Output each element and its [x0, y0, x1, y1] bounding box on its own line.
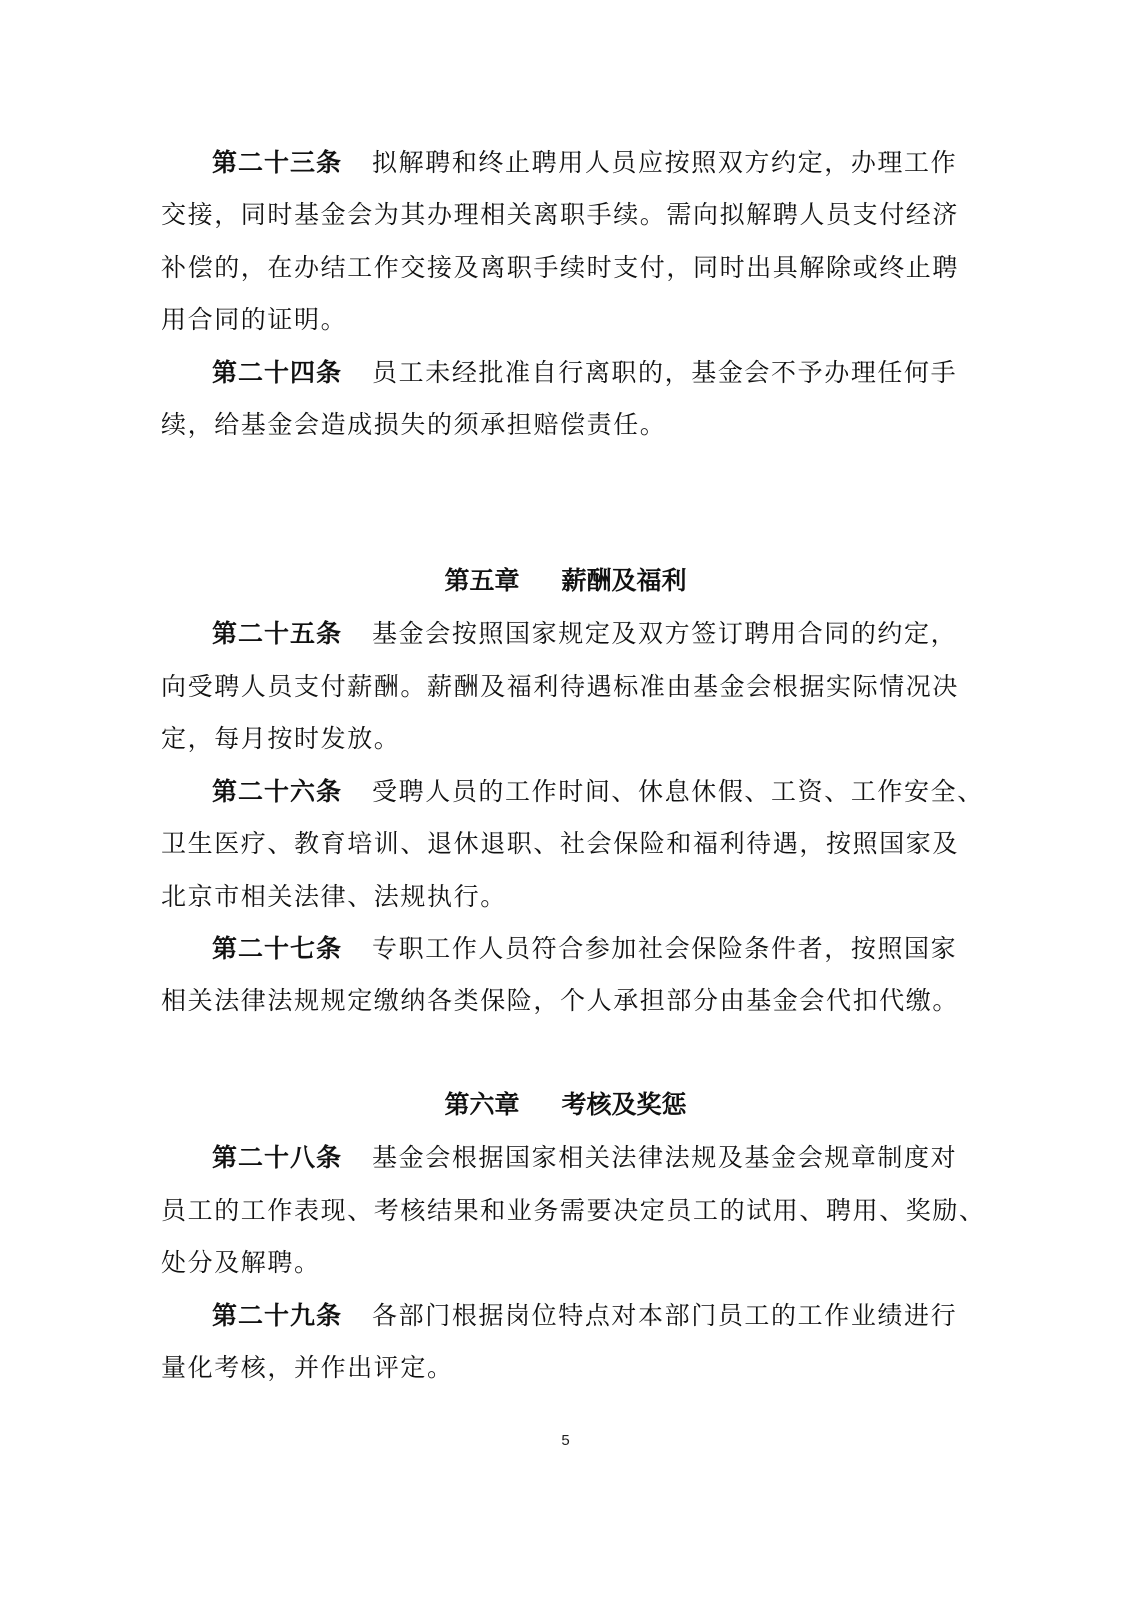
chapter-title: 薪酬及福利: [562, 566, 687, 595]
article-26-line-3: 北京市相关法律、法规执行。: [161, 882, 943, 912]
article-27-line-2: 相关法律法规规定缴纳各类保险，个人承担部分由基金会代扣代缴。: [161, 986, 943, 1016]
page-number: 5: [0, 1432, 1131, 1449]
article-label: 第二十五条: [212, 619, 342, 648]
chapter-5-heading: 第五章薪酬及福利: [0, 566, 1131, 596]
article-26-line-1: 第二十六条受聘人员的工作时间、休息休假、工资、工作安全、: [212, 777, 943, 807]
article-28-line-3: 处分及解聘。: [161, 1248, 943, 1278]
article-label: 第二十七条: [212, 934, 342, 963]
chapter-number: 第五章: [444, 566, 519, 595]
document-page: 第二十三条拟解聘和终止聘用人员应按照双方约定，办理工作 交接，同时基金会为其办理…: [0, 0, 1131, 1600]
chapter-6-heading: 第六章考核及奖惩: [0, 1090, 1131, 1120]
chapter-number: 第六章: [444, 1090, 519, 1119]
article-23-line-3: 补偿的，在办结工作交接及离职手续时支付，同时出具解除或终止聘: [161, 253, 943, 283]
article-27-line-1: 第二十七条专职工作人员符合参加社会保险条件者，按照国家: [212, 934, 943, 964]
article-29-line-1: 第二十九条各部门根据岗位特点对本部门员工的工作业绩进行: [212, 1301, 943, 1331]
article-25-line-1: 第二十五条基金会按照国家规定及双方签订聘用合同的约定，: [212, 619, 943, 649]
article-29-line-2: 量化考核，并作出评定。: [161, 1353, 943, 1383]
article-label: 第二十六条: [212, 777, 342, 806]
article-label: 第二十八条: [212, 1143, 342, 1172]
article-23-line-1: 第二十三条拟解聘和终止聘用人员应按照双方约定，办理工作: [212, 148, 943, 178]
article-28-line-2: 员工的工作表现、考核结果和业务需要决定员工的试用、聘用、奖励、: [161, 1196, 943, 1226]
article-24-line-1: 第二十四条员工未经批准自行离职的，基金会不予办理任何手: [212, 358, 943, 388]
article-23-line-2: 交接，同时基金会为其办理相关离职手续。需向拟解聘人员支付经济: [161, 200, 943, 230]
article-24-line-2: 续，给基金会造成损失的须承担赔偿责任。: [161, 410, 943, 440]
chapter-title: 考核及奖惩: [562, 1090, 687, 1119]
article-28-line-1: 第二十八条基金会根据国家相关法律法规及基金会规章制度对: [212, 1143, 943, 1173]
article-label: 第二十三条: [212, 148, 342, 177]
article-23-line-4: 用合同的证明。: [161, 305, 943, 335]
article-25-line-2: 向受聘人员支付薪酬。薪酬及福利待遇标准由基金会根据实际情况决: [161, 672, 943, 702]
article-26-line-2: 卫生医疗、教育培训、退休退职、社会保险和福利待遇，按照国家及: [161, 829, 943, 859]
article-25-line-3: 定，每月按时发放。: [161, 724, 943, 754]
article-label: 第二十九条: [212, 1301, 342, 1330]
article-label: 第二十四条: [212, 358, 342, 387]
